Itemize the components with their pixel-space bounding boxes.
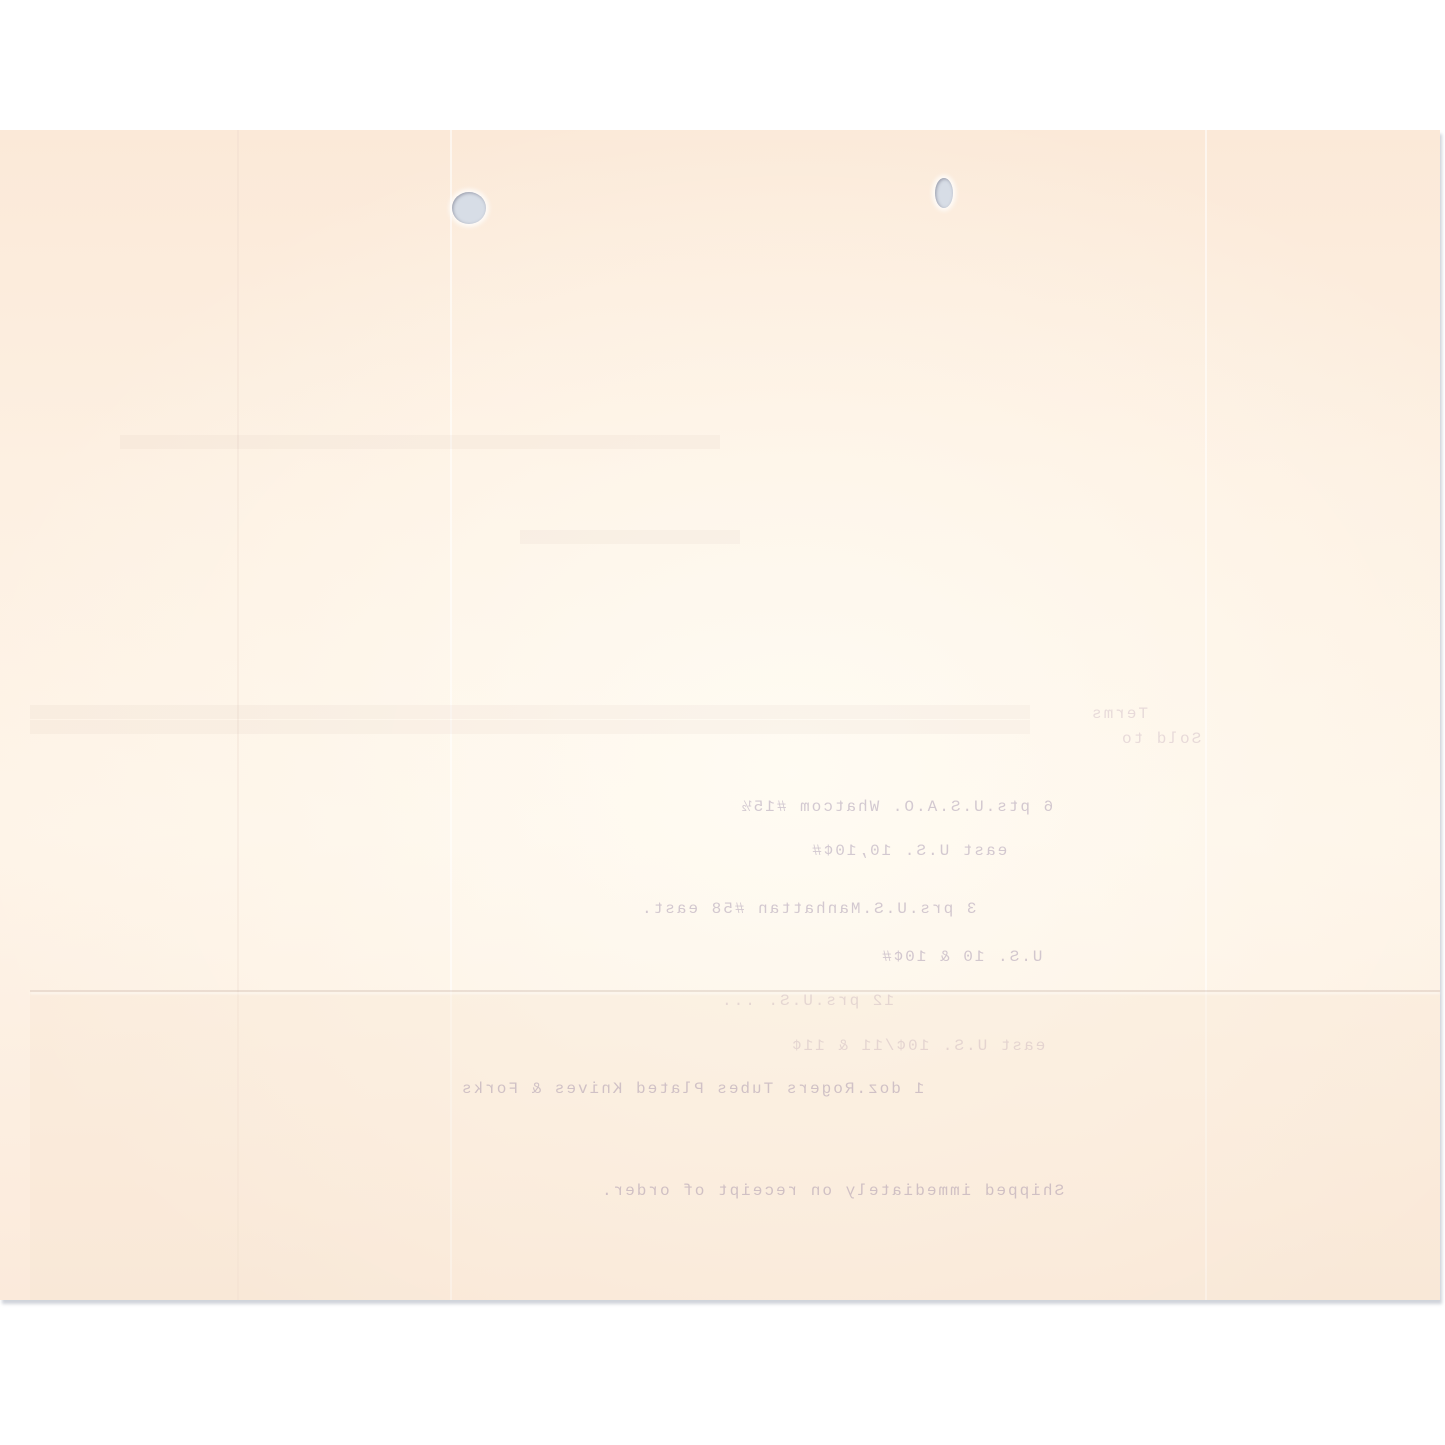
line-item: east U.S. 10,10¢# — [810, 842, 1007, 860]
ghost-header — [120, 435, 720, 449]
ghost-header — [30, 720, 1030, 734]
line-item: 3 prs.U.S.Manhattan #58 east. — [640, 900, 976, 918]
ghost-header — [520, 530, 740, 544]
line-item: 12 prs.U.S. ... — [720, 992, 894, 1010]
footer-note: Shipped immediately on receipt of order. — [600, 1182, 1064, 1200]
punch-hole — [935, 178, 953, 208]
ghost-header — [30, 705, 1030, 719]
line-item: east U.S. 10¢/11 & 11¢ — [790, 1037, 1045, 1055]
line-item: U.S. 10 & 10¢# — [880, 948, 1042, 966]
paper-sheet: Terms Sold to 6 pts.U.S.A.O. Whatcom #15… — [0, 130, 1440, 1300]
folded-strip — [30, 992, 1440, 1300]
ghost-text: Sold to — [1120, 730, 1201, 748]
ghost-text: Terms — [1090, 705, 1148, 723]
line-item: 1 doz.Rogers Tubes Plated Knives & Forks — [460, 1080, 924, 1098]
line-item: 6 pts.U.S.A.O. Whatcom #15½ — [740, 798, 1053, 816]
punch-hole — [452, 192, 486, 224]
